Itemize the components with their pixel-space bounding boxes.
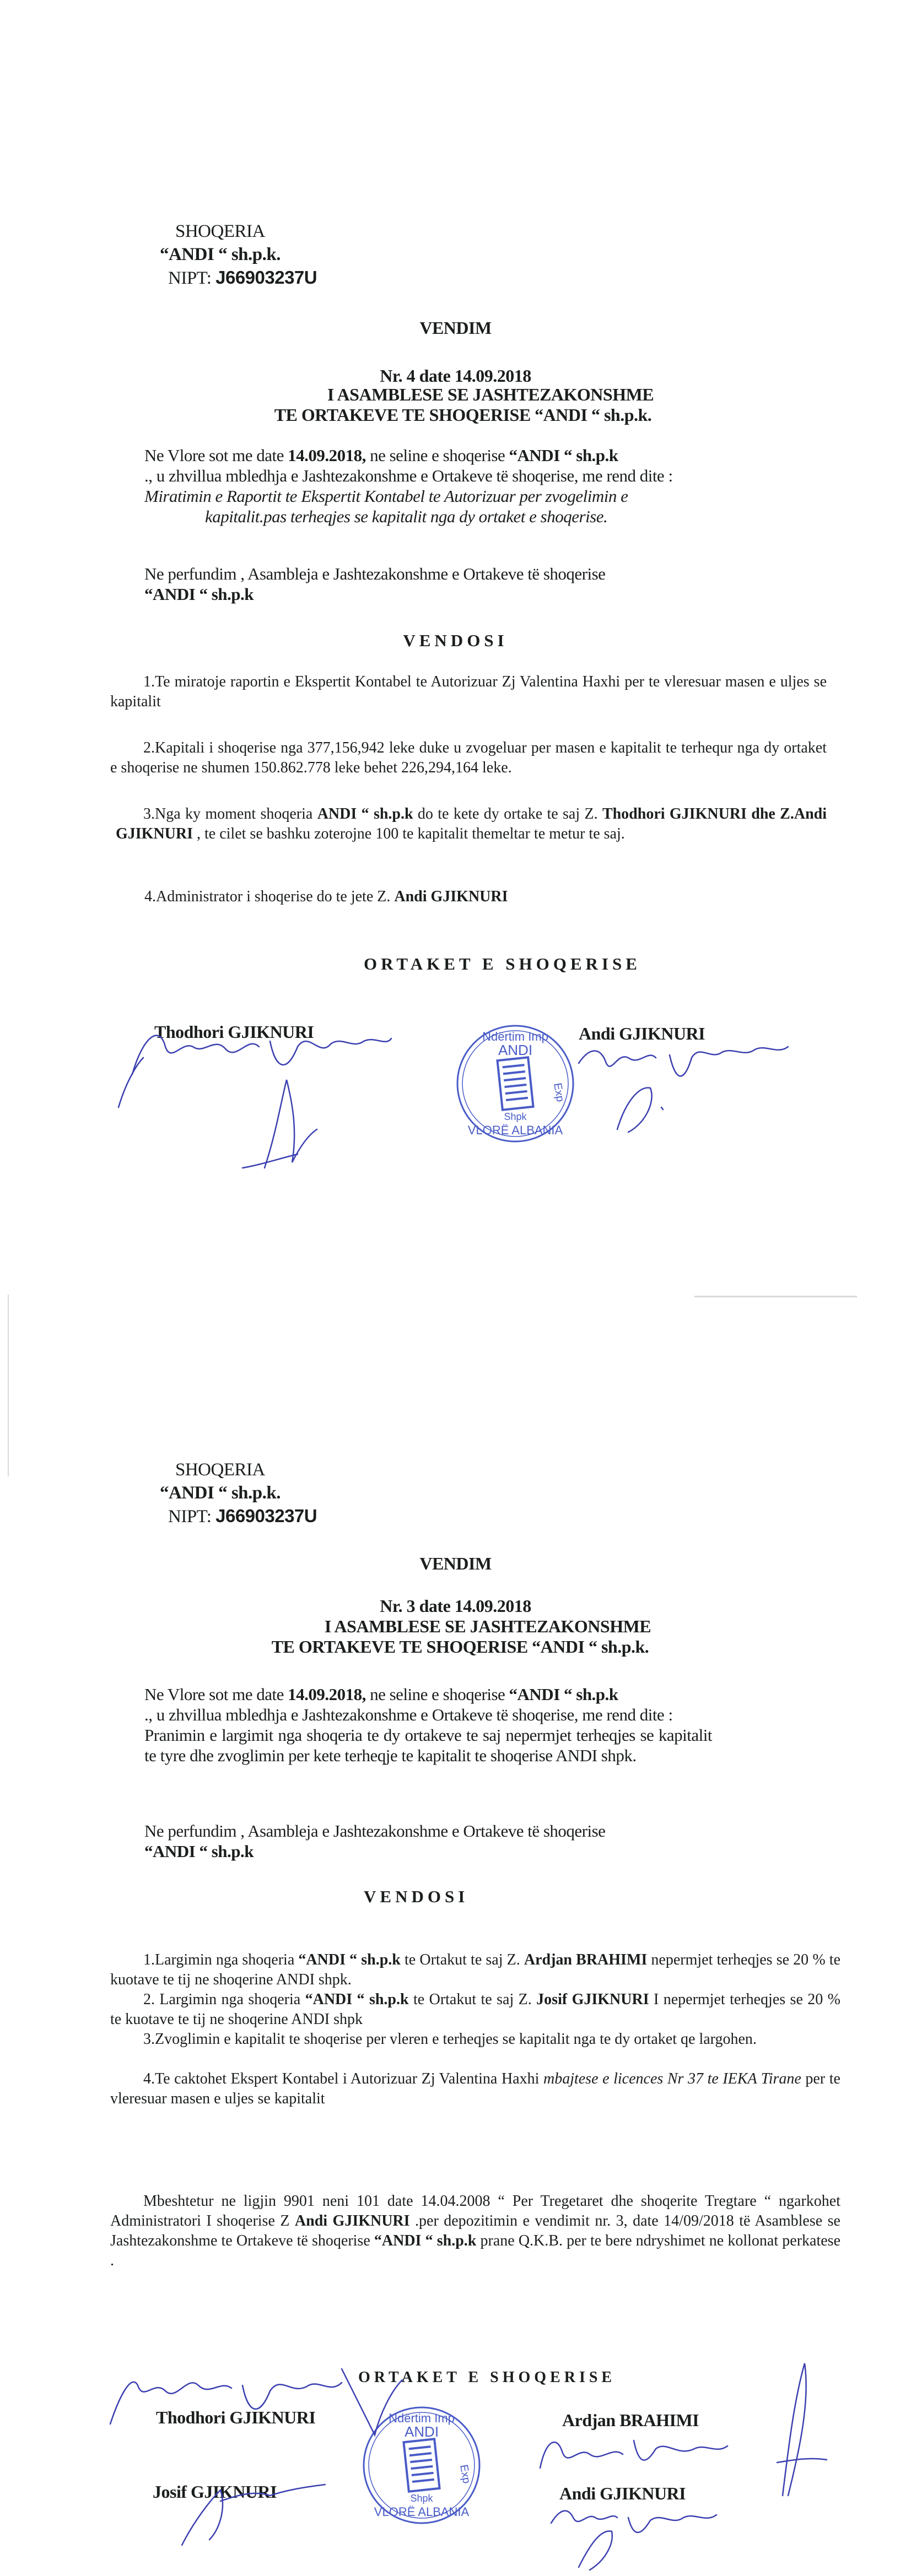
stamp-inner-text: Shpk bbox=[504, 1111, 527, 1122]
license-info: mbajtese e licences Nr 37 te IEKA Tirane bbox=[543, 2070, 801, 2087]
company-stamp-icon: ANDI Ndërtim Imp Exp Shpk VLORË ALBANIA bbox=[364, 2407, 479, 2523]
assembly-subtitle: I ASAMBLESE SE JASHTEZAKONSHME bbox=[212, 1615, 763, 1637]
nipt-value: J66903237U bbox=[215, 1506, 317, 1526]
handwritten-signature-andi bbox=[579, 1047, 788, 1132]
intro-paragraph: Ne Vlore sot me date 14.09.2018, ne seli… bbox=[144, 1684, 712, 1766]
signatory-ardjan: Ardjan BRAHIMI bbox=[562, 2410, 699, 2431]
legal-basis: Mbeshtetur ne ligjin 9901 neni 101 date … bbox=[110, 2191, 840, 2271]
company-name: “ANDI “ sh.p.k. bbox=[160, 1482, 281, 1504]
signatory-thodhori: Thodhori GJIKNURI bbox=[154, 1022, 314, 1042]
signatures-heading: ORTAKET E SHOQERISE bbox=[358, 2369, 616, 2386]
handwritten-signature-andi bbox=[551, 2511, 716, 2570]
meeting-date: 14.09.2018, bbox=[288, 446, 366, 465]
partner-name: Josif GJIKNURI bbox=[536, 1991, 649, 2008]
stamp-top-text: Ndërtim Imp bbox=[482, 1030, 548, 1043]
decision-item-3: 3.Zvoglimin e kapitalit te shoqerise per… bbox=[110, 2030, 840, 2049]
stamp-center-text: ANDI bbox=[498, 1042, 532, 1058]
partner-name: Ardjan BRAHIMI bbox=[524, 1951, 647, 1968]
decides-heading: VENDOSI bbox=[0, 631, 911, 651]
company-name: “ANDI “ sh.p.k. bbox=[160, 243, 281, 266]
signatures-heading: ORTAKET E SHOQERISE bbox=[364, 954, 641, 974]
intro-paragraph: Ne Vlore sot me date 14.09.2018, ne seli… bbox=[144, 445, 905, 527]
stamp-inner-text: Shpk bbox=[410, 2493, 433, 2504]
decision-item-2: 2. Largimin nga shoqeria “ANDI “ sh.p.k … bbox=[110, 1990, 840, 2030]
decision-item-4: 4.Te caktohet Ekspert Kontabel i Autoriz… bbox=[110, 2069, 840, 2109]
decision-item-1: 1.Te miratoje raportin e Ekspertit Konta… bbox=[110, 672, 827, 712]
nipt-label: NIPT: bbox=[168, 268, 211, 288]
conclusion: Ne perfundim , Asambleja e Jashtezakonsh… bbox=[144, 1821, 605, 1861]
company-ref: “ANDI “ sh.p.k bbox=[509, 446, 618, 465]
decides-heading: VENDOSI bbox=[364, 1887, 468, 1907]
stamp-bottom-text: VLORË ALBANIA bbox=[374, 2505, 470, 2519]
administrator-name: Andi GJIKNURI bbox=[295, 2212, 410, 2229]
nipt-value: J66903237U bbox=[215, 267, 317, 288]
stamp-right-text: Exp bbox=[457, 2464, 473, 2485]
decision-item-3: 3.Nga ky moment shoqeria ANDI “ sh.p.k d… bbox=[116, 804, 827, 844]
nipt-line: NIPT: J66903237U bbox=[168, 1505, 317, 1528]
agenda-cont: kapitalit.pas terheqjes se kapitalit nga… bbox=[144, 506, 905, 527]
stamp-top-text: Ndërtim Imp bbox=[389, 2411, 455, 2425]
company-stamp-icon: ANDI Ndërtim Imp Exp Shpk VLORË ALBANIA bbox=[457, 1026, 573, 1141]
decision-item-1: 1.Largimin nga shoqeria “ANDI “ sh.p.k t… bbox=[110, 1950, 840, 1990]
meeting-date: 14.09.2018, bbox=[288, 1685, 366, 1704]
stamp-bottom-text: VLORË ALBANIA bbox=[468, 1123, 563, 1137]
assembly-subtitle: I ASAMBLESE SE JASHTEZAKONSHME bbox=[215, 383, 766, 405]
signatory-andi: Andi GJIKNURI bbox=[579, 1024, 705, 1044]
signatory-thodhori: Thodhori GJIKNURI bbox=[156, 2407, 315, 2428]
agenda: Miratimin e Raportit te Ekspertit Kontab… bbox=[144, 486, 905, 506]
decision-number: Nr. 3 date 14.09.2018 bbox=[0, 1595, 911, 1617]
document-heading: VENDIM bbox=[0, 317, 911, 339]
stamp-right-text: Exp bbox=[551, 1082, 567, 1103]
nipt-line: NIPT: J66903237U bbox=[168, 267, 317, 289]
signatory-andi: Andi GJIKNURI bbox=[559, 2483, 686, 2504]
assembly-subtitle-2: TE ORTAKEVE TE SHOQERISE “ANDI “ sh.p.k. bbox=[187, 404, 738, 426]
scan-edge-artifact bbox=[8, 1295, 9, 1476]
company-label: SHOQERIA bbox=[175, 220, 265, 242]
nipt-label: NIPT: bbox=[168, 1507, 211, 1527]
decision-item-2: 2.Kapitali i shoqerise nga 377,156,942 l… bbox=[110, 738, 827, 778]
assembly-subtitle-2: TE ORTAKEVE TE SHOQERISE “ANDI “ sh.p.k. bbox=[185, 1636, 736, 1658]
company-label: SHOQERIA bbox=[175, 1459, 265, 1481]
conclusion: Ne perfundim , Asambleja e Jashtezakonsh… bbox=[144, 564, 605, 604]
document-heading: VENDIM bbox=[0, 1552, 911, 1574]
administrator-name: Andi GJIKNURI bbox=[394, 888, 508, 905]
company-ref: “ANDI “ sh.p.k bbox=[509, 1685, 618, 1704]
handwritten-signature-thodhori bbox=[118, 1036, 391, 1168]
scan-edge-artifact bbox=[694, 1296, 857, 1297]
agenda: Pranimin e largimit nga shoqeria te dy o… bbox=[144, 1725, 712, 1766]
decision-item-4: 4.Administrator i shoqerise do te jete Z… bbox=[144, 887, 508, 907]
stamp-center-text: ANDI bbox=[405, 2423, 439, 2440]
signatory-josif: Josif GJIKNURI bbox=[153, 2482, 277, 2502]
